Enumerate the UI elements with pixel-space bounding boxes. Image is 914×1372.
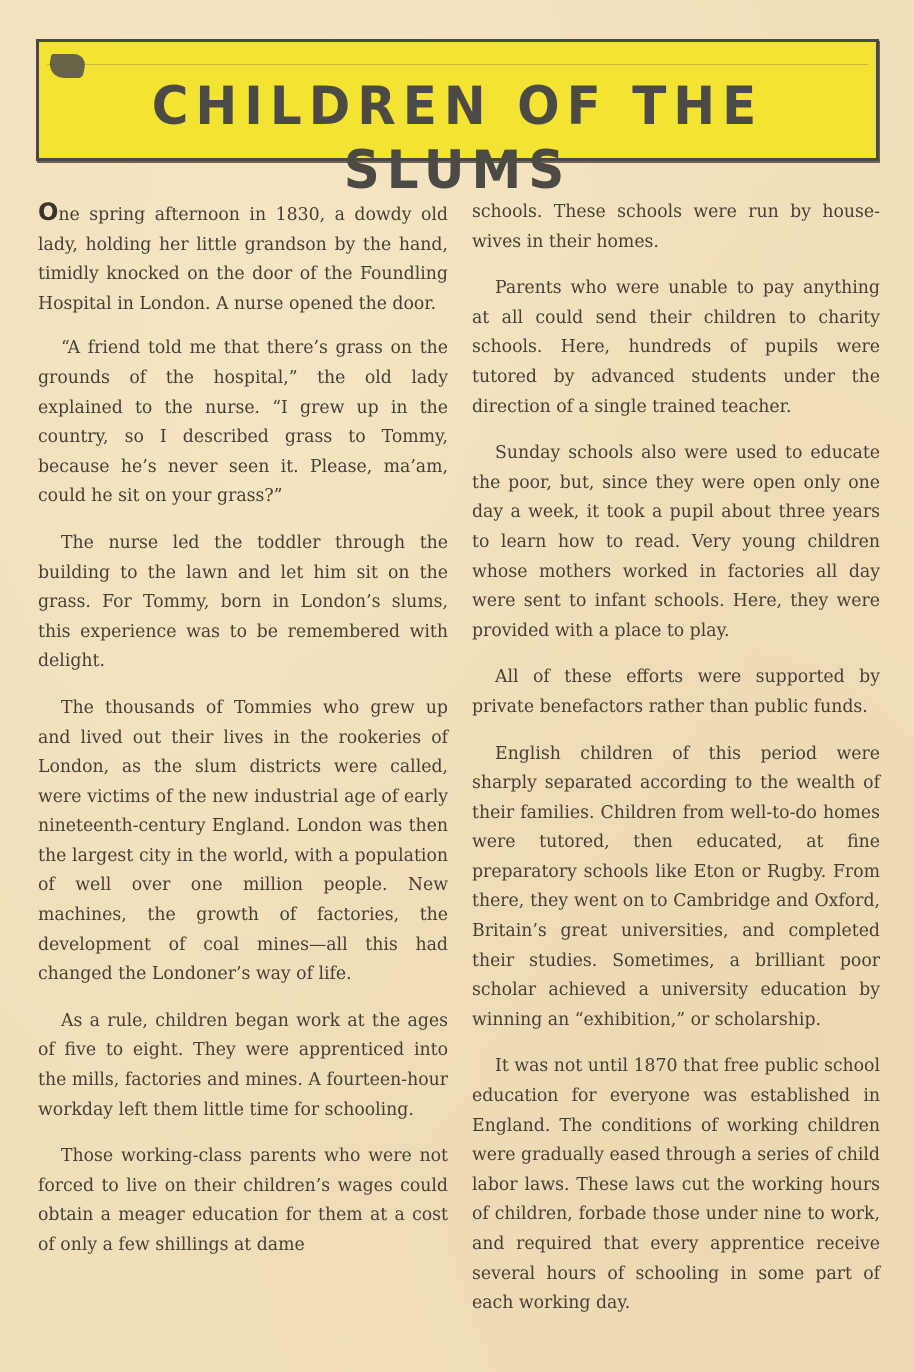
paragraph-5: As a rule, children began work at the ag…	[38, 1007, 448, 1125]
right-column: schools. These schools were run by house…	[472, 198, 880, 1336]
paragraph-9: Sunday schools also were used to educate…	[472, 439, 880, 646]
paragraph-2: “A friend told me that there’s grass on …	[38, 334, 448, 512]
banner-rule	[47, 64, 868, 65]
paragraph-8: Parents who were unable to pay any­thing…	[472, 274, 880, 422]
left-column: One spring afternoon in 1830, a dowdy ol…	[38, 198, 448, 1278]
title-banner: CHILDREN OF THE SLUMS	[36, 39, 879, 161]
page-title: CHILDREN OF THE SLUMS	[39, 74, 876, 201]
paragraph-6: Those working-class parents who were not…	[38, 1142, 448, 1260]
paragraph-1: One spring afternoon in 1830, a dowdy ol…	[38, 198, 448, 319]
paragraph-7: schools. These schools were run by house…	[472, 198, 880, 257]
paragraph-4: The thousands of Tommies who grew up and…	[38, 694, 448, 990]
paragraph-12: It was not until 1870 that free public s…	[472, 1052, 880, 1318]
paragraph-11: English children of this period were sha…	[472, 740, 880, 1036]
paragraph-1-text: ne spring afternoon in 1830, a dowdy old…	[38, 205, 448, 314]
paragraph-3: The nurse led the toddler through the bu…	[38, 529, 448, 677]
paragraph-10: All of these efforts were supported by p…	[472, 663, 880, 722]
drop-cap: O	[38, 198, 58, 226]
